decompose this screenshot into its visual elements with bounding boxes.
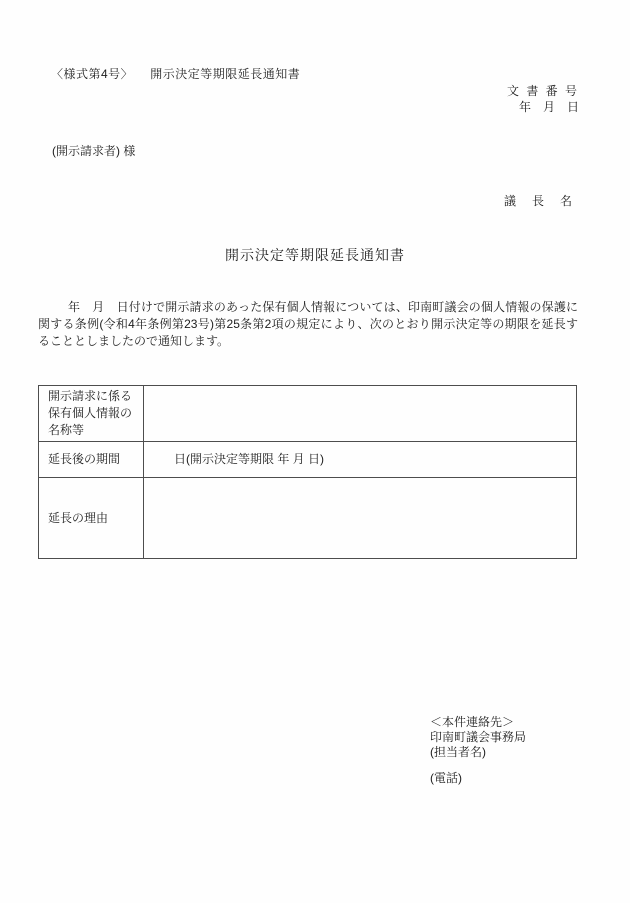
document-page: 〈様式第4号〉開示決定等期限延長通知書 文 書 番 号 年 月 日 (開示請求者… bbox=[0, 0, 630, 903]
addressee-line: (開示請求者) 様 bbox=[52, 142, 135, 159]
form-number-label: 〈様式第4号〉 bbox=[51, 67, 133, 81]
table-row-target-info: 開示請求に係る保有個人情報の名称等 bbox=[39, 386, 577, 442]
contact-block: ＜本件連絡先＞ 印南町議会事務局 (担当者名) (電話) bbox=[430, 715, 526, 786]
contact-phone-placeholder: (電話) bbox=[430, 771, 526, 786]
contact-heading: ＜本件連絡先＞ bbox=[430, 715, 526, 730]
issuer-signature-line: 議 長 名 bbox=[504, 192, 574, 209]
row-label-extension-reason: 延長の理由 bbox=[39, 478, 144, 559]
row-value-extended-period: 日(開示決定等期限 年 月 日) bbox=[144, 442, 577, 478]
contact-person-placeholder: (担当者名) bbox=[430, 745, 526, 760]
document-title: 開示決定等期限延長通知書 bbox=[0, 245, 630, 265]
document-number-placeholder: 文 書 番 号 bbox=[507, 82, 579, 99]
row-value-target-info bbox=[144, 386, 577, 442]
date-placeholder: 年 月 日 bbox=[519, 98, 579, 115]
row-label-extended-period: 延長後の期間 bbox=[39, 442, 144, 478]
contact-office: 印南町議会事務局 bbox=[430, 730, 526, 745]
form-header: 〈様式第4号〉開示決定等期限延長通知書 bbox=[51, 65, 300, 82]
form-name-label: 開示決定等期限延長通知書 bbox=[150, 67, 300, 81]
table-row-extension-reason: 延長の理由 bbox=[39, 478, 577, 559]
row-label-target-info: 開示請求に係る保有個人情報の名称等 bbox=[39, 386, 144, 442]
notice-detail-table: 開示請求に係る保有個人情報の名称等 延長後の期間 日(開示決定等期限 年 月 日… bbox=[38, 385, 577, 559]
table-row-extended-period: 延長後の期間 日(開示決定等期限 年 月 日) bbox=[39, 442, 577, 478]
row-value-extension-reason bbox=[144, 478, 577, 559]
body-paragraph: 年 月 日付けで開示請求のあった保有個人情報については、印南町議会の個人情報の保… bbox=[38, 299, 578, 350]
